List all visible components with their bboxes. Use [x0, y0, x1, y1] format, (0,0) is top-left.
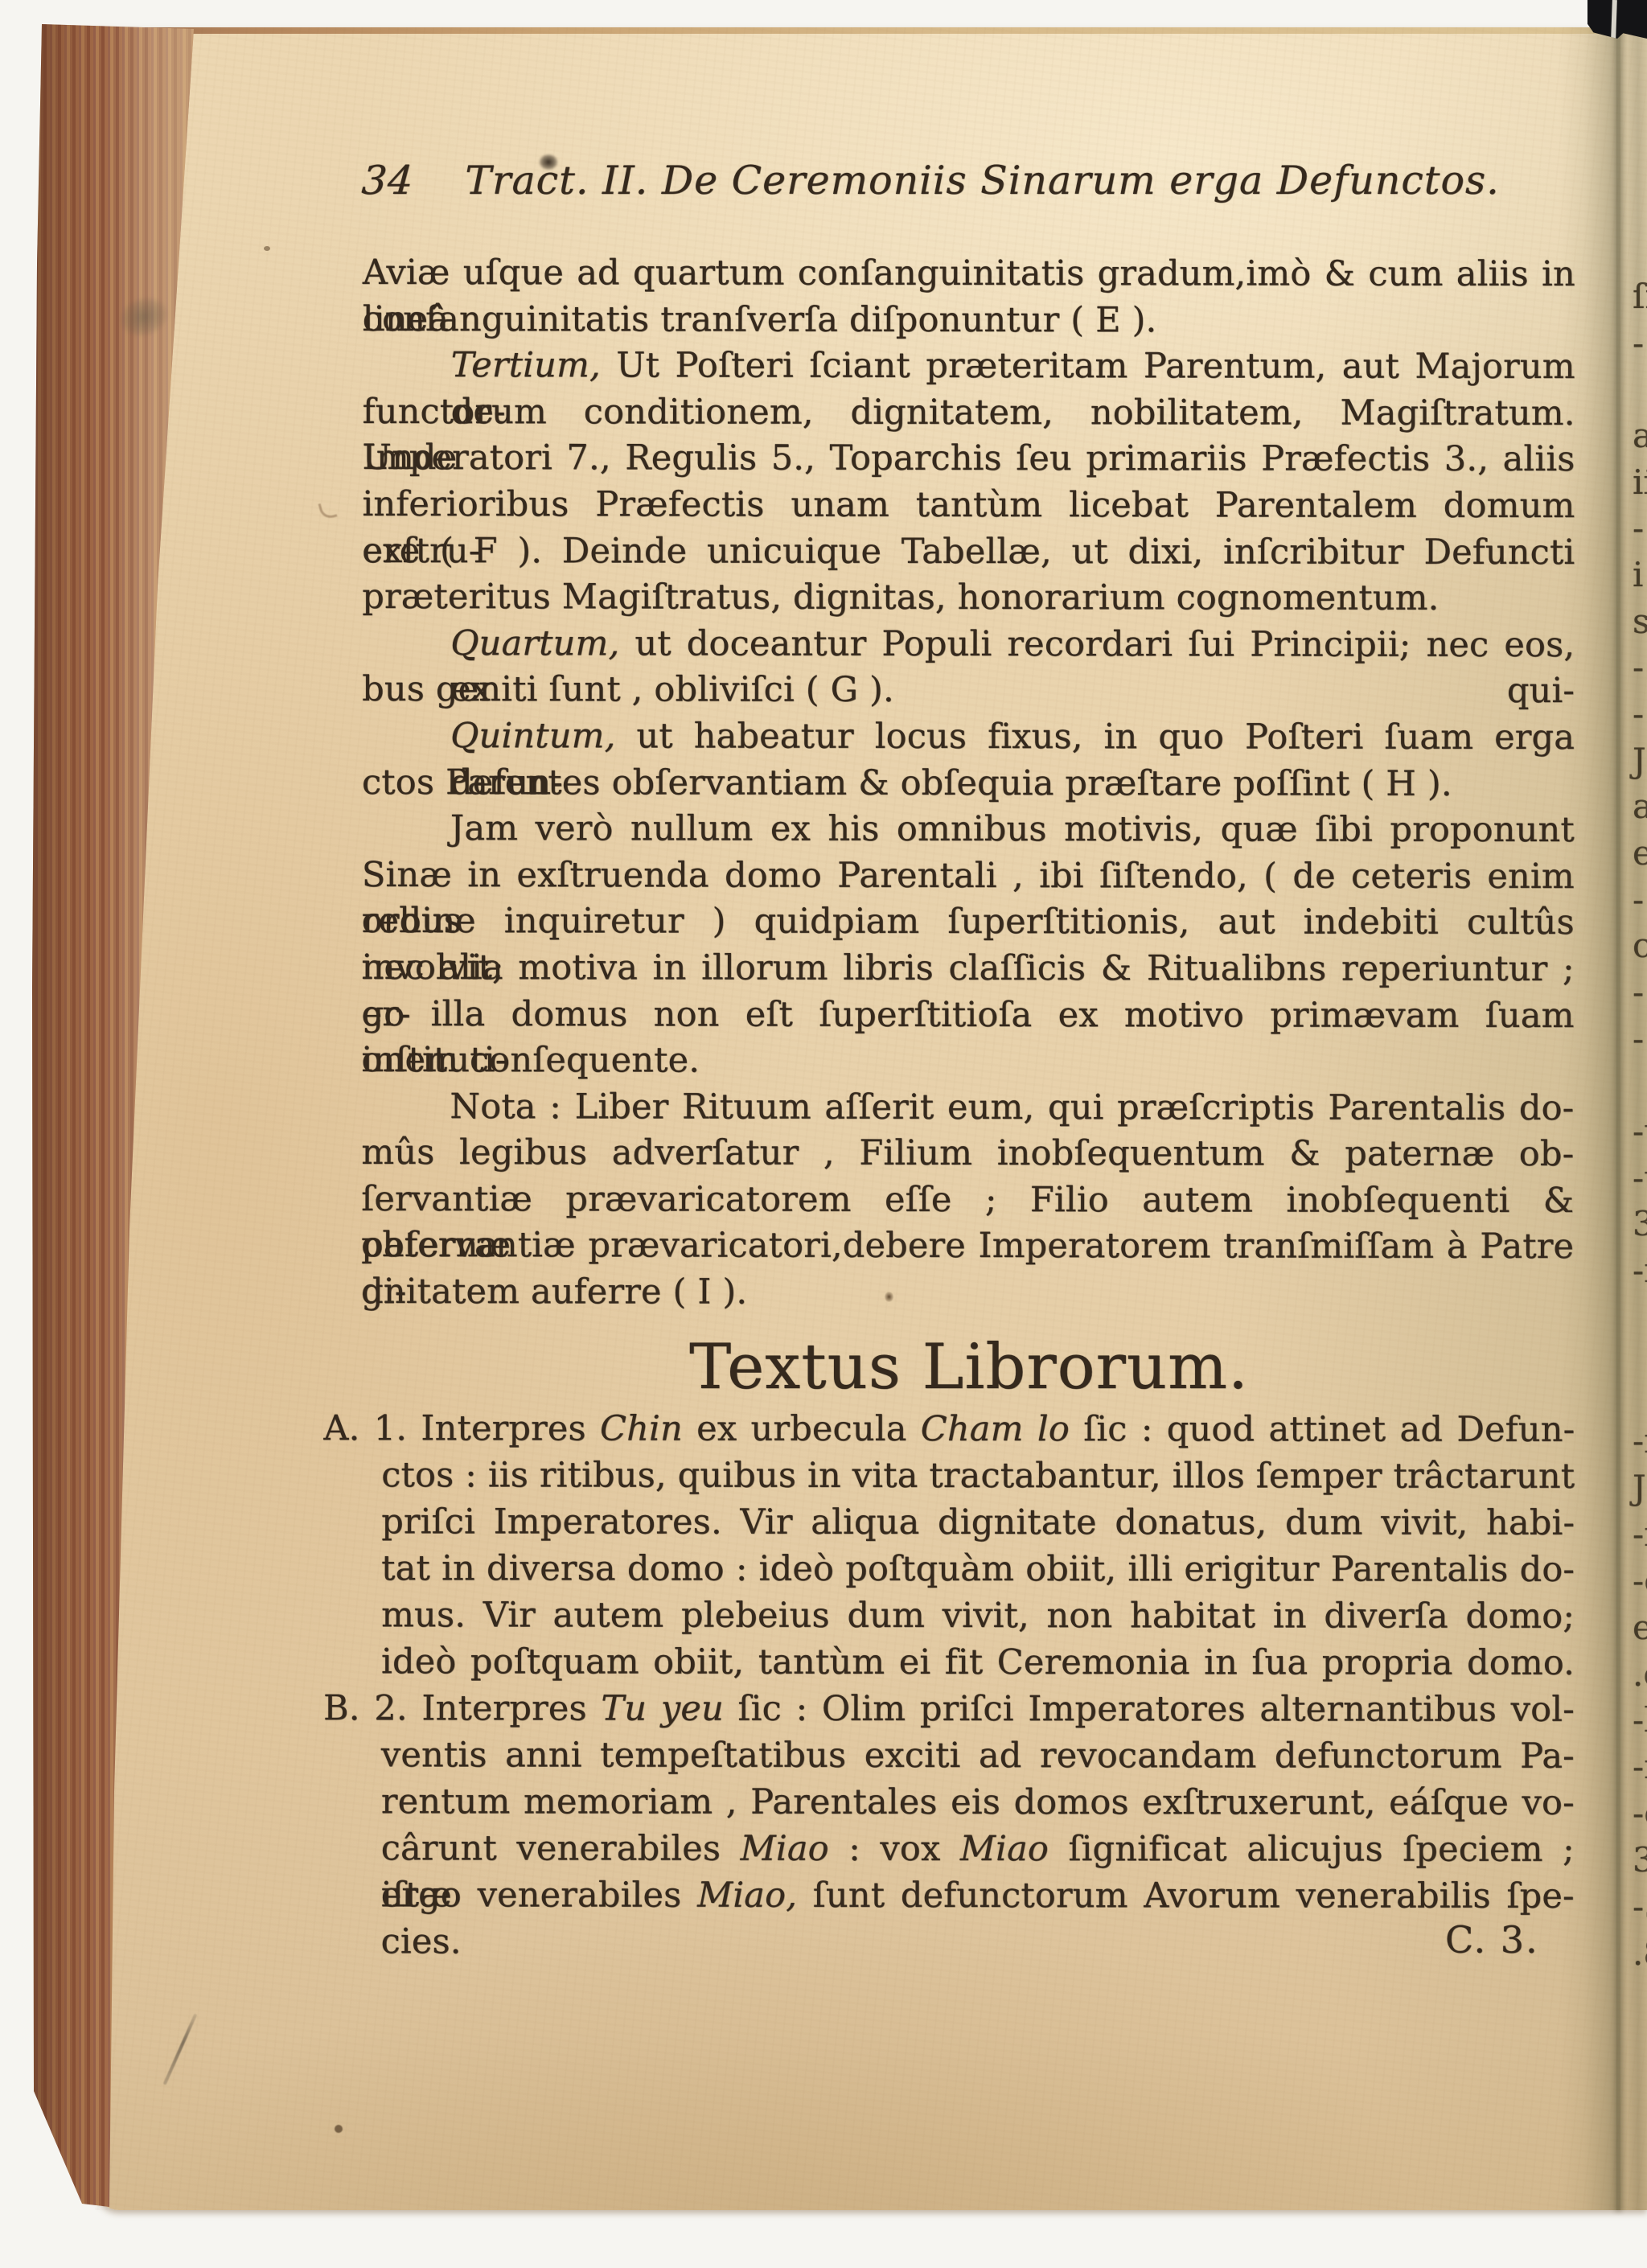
text-segment: ſunt defunctorum Avorum venerabilis ſpe-: [797, 1876, 1575, 1917]
text-line: mûs legibus adverſatur , Filium inobſequ…: [361, 1130, 1574, 1178]
text-segment: rentum memoriam , Parentales eis domos e…: [381, 1781, 1575, 1823]
edge-letter-fragment: a: [1633, 419, 1647, 453]
text-line: mus. Vir autem plebeius dum vivit, non h…: [323, 1592, 1575, 1640]
text-line: B. 2. Interpres Tu yeu ſic : Olim priſci…: [323, 1685, 1575, 1733]
text-line: Quintum, ut habeatur locus fixus, in quo…: [362, 713, 1575, 762]
text-line: obſervantiæ prævaricatori,debere Imperat…: [361, 1222, 1574, 1271]
text-segment: bus geniti ſunt , obliviſci ( G ).: [362, 669, 894, 710]
edge-letter-fragment: e: [1633, 836, 1647, 870]
edge-letter-fragment: ſi: [1633, 280, 1647, 314]
edge-letter-fragment: -f: [1633, 1750, 1647, 1784]
text-line: Jam verò nullum ex his omnibus motivis, …: [362, 806, 1575, 854]
edge-letter-fragment: .c: [1633, 1658, 1647, 1691]
italic-text-segment: Quintum,: [450, 716, 615, 756]
text-segment: mus. Vir autem plebeius dum vivit, non h…: [381, 1595, 1575, 1637]
text-segment: : vox: [829, 1829, 960, 1869]
text-line: tat in diversa domo : ideò poſtquàm obii…: [323, 1545, 1575, 1593]
text-line: gnitatem auferre ( I ).: [361, 1269, 1574, 1317]
text-line: Nota : Liber Rituum aſſerit eum, qui præ…: [361, 1084, 1574, 1132]
text-line: functorum conditionem, dignitatem, nobil…: [363, 389, 1575, 438]
text-line: ſervantiæ prævaricatorem eſſe ; Filio au…: [361, 1177, 1574, 1225]
edge-letter-fragment: 3: [1633, 1843, 1647, 1877]
text-line: ideò poſtquam obiit, tantùm ei fit Cerem…: [323, 1638, 1575, 1687]
edge-letter-fragment: ii: [1633, 466, 1647, 499]
text-segment: priſci Imperatores. Vir aliqua dignitate…: [381, 1502, 1575, 1543]
text-segment: Nota : Liber Rituum aſſerit eum, qui præ…: [450, 1087, 1574, 1128]
book-scan: 34Tract. II. De Ceremoniis Sinarum erga …: [0, 0, 1647, 2268]
text-line: Tertium, Ut Poſteri ſciant præteritam Pa…: [363, 343, 1575, 391]
text-line: cârunt venerabiles Miao : vox Miao ſigni…: [323, 1825, 1575, 1873]
edge-letter-fragment: -5: [1633, 1890, 1647, 1924]
text-segment: ſic : quod attinet ad Defun-: [1070, 1409, 1575, 1450]
edge-letter-fragment: c: [1633, 929, 1647, 963]
italic-text-segment: Chin: [600, 1409, 683, 1449]
text-line: rentum memoriam , Parentales eis domos e…: [323, 1778, 1575, 1826]
text-line: go illa domus non eſt ſuperſtitioſa ex m…: [362, 991, 1575, 1039]
running-header: 34Tract. II. De Ceremoniis Sinarum erga …: [362, 158, 1578, 232]
italic-text-segment: Miao,: [697, 1876, 797, 1916]
italic-text-segment: Miao: [960, 1829, 1049, 1869]
edge-letter-fragment: -c: [1633, 1564, 1647, 1598]
text-segment: ventis anni tempeſtatibus exciti ad revo…: [381, 1735, 1575, 1777]
scanner-clip-slit: [1611, 0, 1617, 39]
edge-letter-fragment: .8: [1633, 1937, 1647, 1970]
text-segment: Imperatori 7., Regulis 5., Toparchis ſeu…: [363, 438, 1575, 479]
edge-letter-fragment: s: [1633, 605, 1647, 639]
text-segment: ergo venerabiles: [381, 1875, 697, 1915]
text-segment: cârunt venerabiles: [381, 1828, 741, 1868]
text-segment: ere ( F ). Deinde unicuique Tabellæ, ut …: [362, 531, 1575, 573]
scanner-clip: [1587, 0, 1647, 39]
edge-letter-fragment: -: [1633, 976, 1647, 1009]
text-segment: conſanguinitatis tranſverſa diſponuntur …: [363, 299, 1157, 340]
text-segment: mûs legibus adverſatur , Filium inobſequ…: [361, 1132, 1574, 1174]
edge-letter-fragment: -l: [1633, 1703, 1647, 1737]
running-title: Tract. II. De Ceremoniis Sinarum erga De…: [465, 158, 1499, 203]
edge-letter-fragment: i: [1633, 558, 1647, 592]
text-line: ventis anni tempeſtatibus exciti ad revo…: [323, 1732, 1575, 1780]
edge-letter-fragment: -i: [1633, 1518, 1647, 1551]
text-line: nec alia motiva in illorum libris claſſi…: [362, 945, 1575, 993]
text-line: A. 1. Interpres Chin ex urbecula Cham lo…: [323, 1405, 1575, 1453]
italic-text-segment: Miao: [741, 1829, 829, 1869]
text-line: ergo venerabiles Miao, ſunt defunctorum …: [323, 1872, 1575, 1920]
text-line: ere ( F ). Deinde unicuique Tabellæ, ut …: [362, 528, 1575, 577]
italic-text-segment: Tertium,: [451, 345, 601, 385]
edge-letter-fragment: 3: [1633, 1207, 1647, 1241]
text-line: Aviæ uſque ad quartum conſanguinitatis g…: [363, 250, 1575, 298]
edge-letter-fragment: -: [1633, 327, 1647, 360]
edge-letter-fragment: -c: [1633, 1797, 1647, 1830]
edge-letter-fragment: -t: [1633, 1161, 1647, 1195]
text-segment: ex urbecula: [683, 1409, 921, 1449]
text-line: inferioribus Præfectis unam tantùm liceb…: [362, 482, 1575, 530]
edge-letter-fragment: -: [1633, 1022, 1647, 1056]
text-line: ordine inquiretur ) quidpiam ſuperſtitio…: [362, 898, 1575, 947]
textus-librorum-entries: A. 1. Interpres Chin ex urbecula Cham lo…: [323, 1405, 1575, 1966]
text-line: Quartum, ut doceantur Populi recordari ſ…: [362, 621, 1575, 669]
text-segment: gnitatem auferre ( I ).: [361, 1272, 747, 1313]
text-line: onem conſequente.: [361, 1037, 1574, 1086]
edge-letter-fragment: J: [1633, 1471, 1647, 1505]
italic-text-segment: Tu yeu: [601, 1689, 724, 1729]
page-number: 34: [360, 158, 415, 203]
section-heading: Textus Librorum.: [362, 1325, 1576, 1409]
edge-letter-fragment: a: [1633, 790, 1647, 824]
edge-letter-fragment: -f: [1633, 1424, 1647, 1458]
text-line: ctos Parentes obſervantiam & obſequia pr…: [362, 759, 1575, 807]
italic-text-segment: Quartum,: [450, 623, 619, 664]
text-segment: cies.: [381, 1921, 462, 1962]
catchword: C. 3.: [1445, 1917, 1539, 1963]
edge-letter-fragment: -: [1633, 697, 1647, 731]
text-line: ctos : iis ritibus, quibus in vita tract…: [323, 1452, 1575, 1500]
text-line: priſci Imperatores. Vir aliqua dignitate…: [323, 1498, 1575, 1547]
edge-letter-fragment: ec: [1633, 1611, 1647, 1645]
edge-letter-fragment: -: [1633, 651, 1647, 684]
edge-letter-fragment: -: [1633, 512, 1647, 545]
edge-letter-fragment: -t: [1633, 1115, 1647, 1148]
text-segment: præteritus Magiſtratus, dignitas, honora…: [362, 577, 1439, 618]
text-line: conſanguinitatis tranſverſa diſponuntur …: [363, 297, 1575, 345]
text-line: præteritus Magiſtratus, dignitas, honora…: [362, 574, 1575, 622]
text-segment: tat in diversa domo : ideò poſtquàm obii…: [381, 1548, 1575, 1590]
text-segment: ctos : iis ritibus, quibus in vita tract…: [381, 1455, 1575, 1497]
italic-text-segment: Cham lo: [921, 1409, 1070, 1449]
edge-letter-fragment: J: [1633, 744, 1647, 778]
text-line: Imperatori 7., Regulis 5., Toparchis ſeu…: [363, 435, 1575, 483]
text-segment: B. 2. Interpres: [323, 1688, 602, 1728]
text-segment: ideò poſtquam obiit, tantùm ei fit Cerem…: [381, 1641, 1575, 1683]
text-segment: onem conſequente.: [361, 1040, 700, 1081]
text-line: Sinæ in exſtruenda domo Parentali , ibi …: [362, 853, 1575, 901]
text-segment: A. 1. Interpres: [323, 1408, 600, 1448]
text-line: cies.C. 3.: [323, 1918, 1575, 1966]
text-segment: Jam verò nullum ex his omnibus motivis, …: [450, 808, 1575, 850]
text-segment: ctos Parentes obſervantiam & obſequia pr…: [362, 762, 1452, 803]
text-segment: ſic : Olim priſci Imperatores alternanti…: [724, 1689, 1575, 1730]
body-text: Aviæ uſque ad quartum conſanguinitatis g…: [361, 250, 1575, 1317]
edge-letter-fragment: -: [1633, 883, 1647, 917]
edge-letter-fragment: -i: [1633, 1254, 1647, 1288]
